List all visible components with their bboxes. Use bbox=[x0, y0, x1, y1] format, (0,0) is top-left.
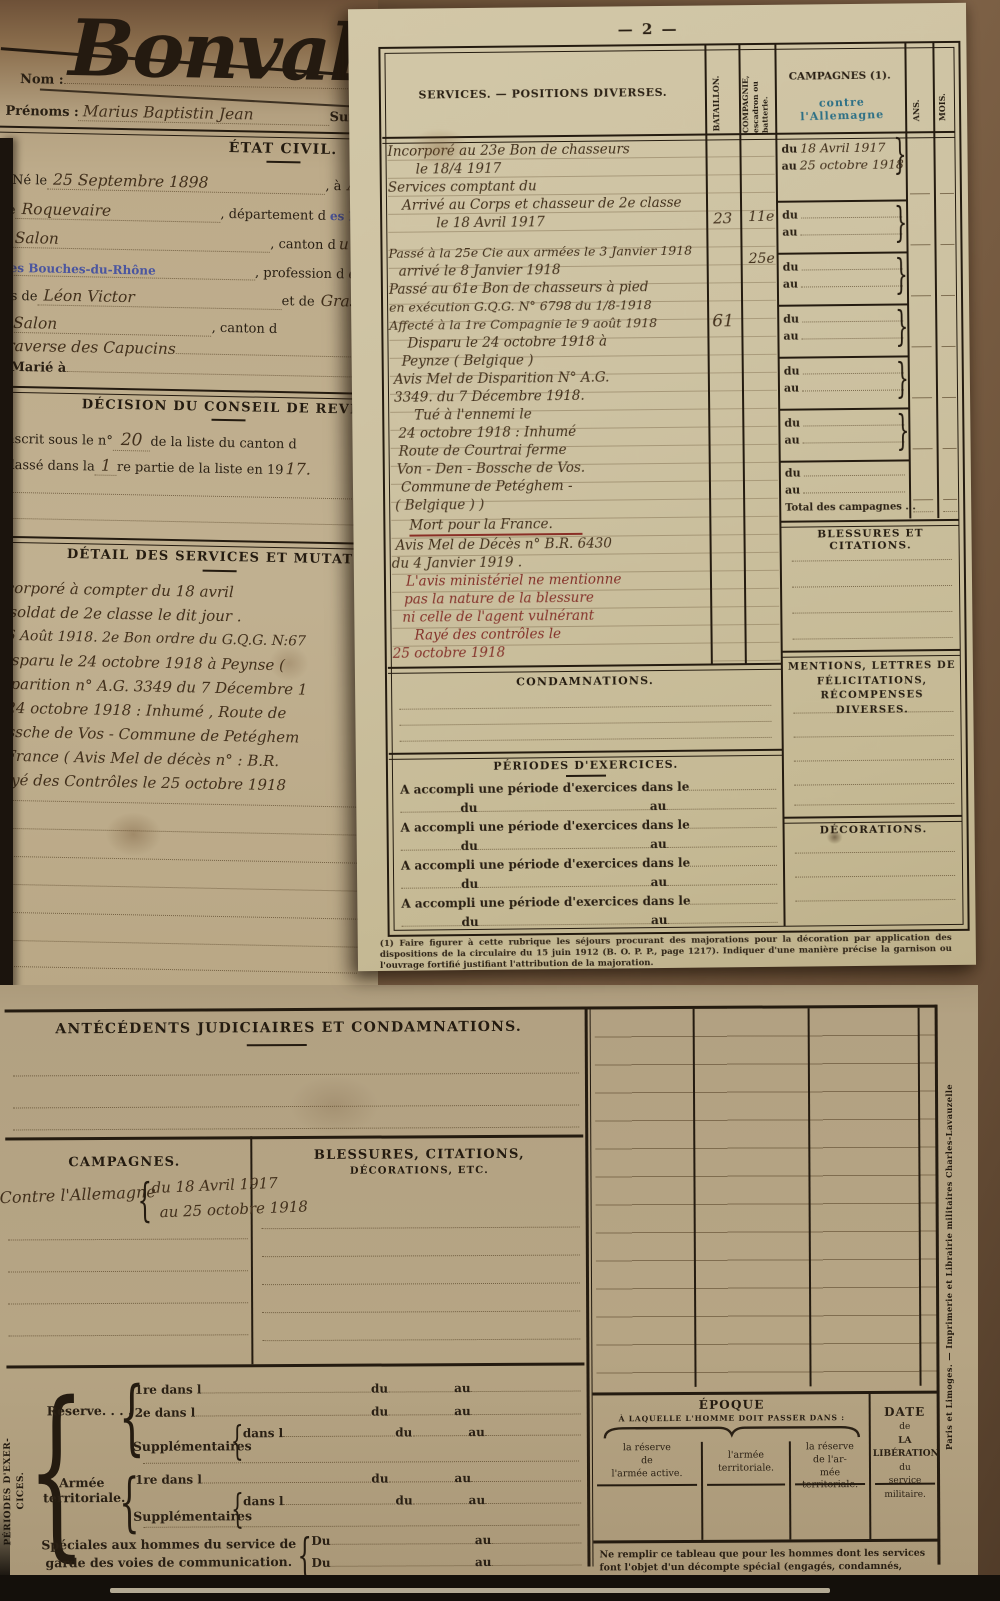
decision-conseil-title: DÉCISION DU CONSEIL DE REVIS bbox=[82, 397, 368, 417]
military-record-scan: Bonval Nom : Prénoms : Marius Baptistin … bbox=[0, 0, 1000, 1601]
canton-label: , canton d bbox=[270, 237, 336, 253]
mentions-l1: MENTIONS, LETTRES DE bbox=[783, 659, 961, 675]
dotted-line bbox=[331, 1565, 475, 1567]
dotted-line bbox=[667, 846, 777, 848]
dotted-line bbox=[8, 1270, 248, 1272]
mentions-l3: RÉCOMPENSES DIVERSES. bbox=[783, 688, 961, 719]
dotted-line bbox=[0, 856, 359, 864]
dotted-line bbox=[802, 337, 904, 339]
periode-row: A accompli une période d'exercices dans … bbox=[401, 855, 777, 897]
au-label: au bbox=[784, 434, 799, 447]
dotted-line bbox=[13, 1105, 579, 1109]
campagne-du-value: 18 Avril 1917 bbox=[800, 140, 885, 156]
ans-column-rules bbox=[909, 143, 933, 513]
service-entry: ( Belgique ) ) bbox=[395, 494, 709, 515]
epoque-col2-header: l'armée territoriale. bbox=[705, 1449, 787, 1475]
dotted-line bbox=[389, 1481, 455, 1482]
dotted-line bbox=[66, 371, 370, 378]
campagne-du-value: du 18 Avril 1917 bbox=[151, 1174, 278, 1197]
dotted-line bbox=[0, 828, 360, 836]
etat-civil-title: ÉTAT CIVIL. bbox=[229, 140, 338, 158]
dotted-line bbox=[668, 922, 778, 924]
periodes-vertical-label2: CICES. bbox=[16, 1429, 26, 1509]
dotted-line bbox=[262, 1227, 580, 1230]
inscription-number-value: 20 bbox=[113, 430, 151, 452]
periode-row: A accompli une période d'exercices dans … bbox=[400, 817, 776, 859]
speciales-label-l1: Spéciales aux hommes du service de bbox=[41, 1536, 296, 1552]
dotted-line bbox=[402, 925, 462, 927]
dotted-line bbox=[478, 847, 650, 850]
dotted-line bbox=[331, 1543, 475, 1545]
au-label: au bbox=[475, 1533, 492, 1547]
father-name-value: Léon Victor bbox=[37, 286, 281, 310]
reserve-2e-label: 2e dans l bbox=[135, 1406, 196, 1420]
service-entry: le 18 Avril 1917 bbox=[436, 212, 706, 233]
dotted-line bbox=[262, 1283, 580, 1286]
section-divider bbox=[0, 536, 369, 550]
prenoms-label: Prénoms : bbox=[5, 104, 79, 120]
mois-column-header: MOIS. bbox=[937, 65, 948, 121]
epoque-subtitle: À LAQUELLE L'HOMME DOIT PASSER DANS : bbox=[593, 1413, 871, 1423]
dotted-line bbox=[143, 1461, 579, 1464]
du-label: du bbox=[784, 417, 800, 430]
campagne-empty-pair: du au bbox=[783, 311, 903, 346]
dans-l-label: dans l bbox=[243, 1494, 283, 1508]
dotted-line bbox=[485, 1435, 581, 1437]
au-label: au bbox=[783, 278, 798, 291]
campagne-allemagne-value: Contre l'Allemagne bbox=[0, 1182, 156, 1207]
title-underline bbox=[247, 1044, 307, 1046]
dotted-line bbox=[803, 491, 905, 493]
dotted-line bbox=[803, 372, 904, 374]
epoque-col1-l2: de bbox=[597, 1455, 697, 1468]
antecedents-title: ANTÉCÉDENTS JUDICIAIRES ET CONDAMNATIONS… bbox=[0, 1019, 579, 1038]
dotted-line bbox=[284, 1503, 396, 1505]
column-divider bbox=[250, 1136, 253, 1364]
page-edge-sliver bbox=[110, 1588, 830, 1593]
contre-allemagne-stamp: contre l'Allemagne bbox=[779, 94, 906, 124]
dotted-line bbox=[0, 966, 357, 974]
dotted-line bbox=[0, 884, 359, 892]
au-label: au bbox=[650, 799, 667, 813]
campagne-au-value: 25 octobre 1918 bbox=[800, 156, 904, 172]
dotted-line bbox=[478, 885, 650, 888]
periode-row-label: A accompli une période d'exercices dans … bbox=[401, 894, 690, 911]
date-l2: de bbox=[873, 1421, 937, 1435]
binding-edge bbox=[0, 138, 13, 992]
pair-brace: } bbox=[896, 412, 909, 451]
periode-row-label: A accompli une période d'exercices dans … bbox=[400, 818, 689, 835]
title-underline bbox=[266, 161, 300, 164]
dotted-line bbox=[491, 1565, 581, 1566]
dotted-line bbox=[176, 353, 373, 358]
dotted-line bbox=[201, 1392, 371, 1394]
annee-value: 17. bbox=[283, 459, 311, 479]
dotted-line bbox=[479, 923, 651, 926]
dotted-line bbox=[202, 1482, 372, 1484]
campagne-first-entry: du18 Avril 1917 au25 octobre 1918 bbox=[781, 139, 901, 174]
mort-pour-la-france-entry: Mort pour la France. bbox=[409, 515, 583, 537]
dotted-line bbox=[691, 903, 778, 905]
birthdate-value: 25 Septembre 1898 bbox=[47, 171, 326, 195]
dotted-line bbox=[412, 1435, 468, 1436]
service-entry: Passé à la 25e Cie aux armées le 3 Janvi… bbox=[388, 242, 706, 263]
epoque-col3-l1: la réserve bbox=[793, 1441, 867, 1454]
bottom-spread: ANTÉCÉDENTS JUDICIAIRES ET CONDAMNATIONS… bbox=[0, 985, 978, 1575]
corner-shadow bbox=[0, 1500, 10, 1580]
dotted-line bbox=[0, 518, 366, 526]
dotted-line bbox=[802, 389, 904, 391]
epoque-col-divider bbox=[789, 1441, 792, 1539]
au-label: au bbox=[784, 382, 799, 395]
dotted-line bbox=[8, 1238, 248, 1240]
header-underline bbox=[795, 1483, 865, 1485]
address-value: Traverse des Capucins bbox=[0, 337, 176, 358]
dotted-line bbox=[801, 268, 902, 270]
date-l4: du bbox=[873, 1461, 937, 1475]
bottom-content: ANTÉCÉDENTS JUDICIAIRES ET CONDAMNATIONS… bbox=[0, 982, 980, 1577]
campagne-empty-pair: du au bbox=[784, 363, 904, 398]
date-l3: LA LIBÉRATION bbox=[873, 1434, 937, 1461]
blessures-citations-title: BLESSURES ET CITATIONS. bbox=[781, 527, 959, 553]
epoque-col1-header: la réserve de l'armée active. bbox=[597, 1442, 697, 1481]
du-label: du bbox=[371, 1472, 388, 1486]
au-label: au bbox=[783, 330, 798, 343]
dotted-line bbox=[0, 940, 357, 948]
services-entries: Incorporé au 23e Bon de chasseurs le 18/… bbox=[387, 140, 710, 663]
campagne-empty-pair: du au bbox=[785, 465, 905, 500]
header-underline bbox=[875, 1483, 935, 1485]
dotted-line bbox=[0, 800, 360, 808]
du-label: du bbox=[784, 365, 800, 378]
handwritten-brace: { bbox=[137, 1179, 152, 1223]
section-rule bbox=[6, 1363, 584, 1369]
dotted-line bbox=[8, 1334, 248, 1336]
dotted-line bbox=[388, 1391, 454, 1392]
blessures-bottom-title: BLESSURES, CITATIONS, bbox=[254, 1146, 584, 1163]
compagnie-column-header: COMPAGNIE, escadron ou batterie. bbox=[740, 53, 773, 133]
dotted-line bbox=[801, 285, 903, 287]
periode-row-label: A accompli une période d'exercices dans … bbox=[401, 856, 690, 873]
dotted-line bbox=[804, 474, 905, 476]
dotted-line bbox=[803, 441, 905, 443]
armee-1re-label: 1re dans l bbox=[135, 1473, 202, 1487]
dotted-line bbox=[485, 1503, 581, 1505]
bataillon-value-61: 61 bbox=[712, 311, 734, 331]
epoque-col1-l1: la réserve bbox=[597, 1442, 697, 1455]
au-label: au bbox=[454, 1404, 471, 1418]
epoque-top-rule bbox=[593, 1391, 939, 1395]
prenoms-value: Marius Baptistin Jean bbox=[79, 102, 330, 126]
bouches-du-rhone-stamp: es Bouches-du-Rhône bbox=[7, 261, 256, 281]
total-campagnes-label: Total des campagnes . . bbox=[785, 501, 916, 513]
periode-row-label: A accompli une période d'exercices dans … bbox=[400, 780, 689, 797]
pair-brace: } bbox=[893, 136, 906, 175]
du-label: du bbox=[783, 313, 799, 326]
epoque-col1-l3: l'armée active. bbox=[597, 1468, 697, 1481]
dotted-line bbox=[667, 884, 777, 886]
title-underline bbox=[211, 419, 245, 422]
dotted-line bbox=[400, 811, 460, 813]
liste-annee-label: re partie de la liste en 19 bbox=[117, 460, 284, 478]
printer-credit-vertical: Paris et Limoges. — Imprimerie et Librai… bbox=[944, 990, 954, 1450]
ne-le-label: Né le bbox=[12, 173, 47, 189]
departement-label: , département d bbox=[220, 207, 326, 224]
dotted-line bbox=[690, 865, 777, 867]
inscrit-label: Inscrit sous le n° bbox=[1, 432, 113, 449]
pair-brace: } bbox=[896, 360, 909, 399]
du-label: du bbox=[461, 915, 478, 929]
compagnie-value-25e: 25e bbox=[749, 251, 775, 267]
du-label: du bbox=[785, 467, 801, 480]
dotted-line bbox=[8, 1302, 248, 1304]
epoque-col3-l3: mée territoriale. bbox=[793, 1467, 867, 1493]
periode-row: A accompli une période d'exercices dans … bbox=[401, 893, 777, 935]
au-label: au bbox=[475, 1555, 492, 1569]
campagnes-column-header: CAMPAGNES (1). bbox=[777, 69, 903, 82]
ans-column-header: ANS. bbox=[911, 65, 922, 121]
du-label: du bbox=[371, 1405, 388, 1419]
classe-label: Classé dans la bbox=[0, 458, 94, 475]
armee-label: Armée bbox=[59, 1475, 104, 1490]
canton-label: , canton d bbox=[212, 321, 278, 337]
service-entry-red-ink: 25 octobre 1918 bbox=[393, 641, 711, 662]
dotted-line bbox=[0, 492, 366, 500]
du-label: du bbox=[395, 1425, 412, 1439]
dotted-line bbox=[262, 1339, 580, 1342]
dotted-line bbox=[195, 1415, 371, 1417]
a-label: , à bbox=[325, 179, 341, 194]
dotted-line bbox=[478, 809, 650, 812]
residence-value: Salon bbox=[7, 229, 271, 253]
pair-brace: } bbox=[895, 256, 908, 295]
page1-content: Bonval Nom : Prénoms : Marius Baptistin … bbox=[0, 0, 379, 999]
au-label: au bbox=[782, 160, 797, 173]
marie-a-label: Marié à bbox=[10, 360, 66, 376]
date-liberation-header: DATE de LA LIBÉRATION du service militai… bbox=[873, 1403, 938, 1502]
dotted-line bbox=[690, 827, 777, 829]
dotted-line bbox=[689, 789, 776, 791]
dotted-line bbox=[491, 1543, 581, 1544]
livret-page1: Bonval Nom : Prénoms : Marius Baptistin … bbox=[0, 0, 378, 992]
dans-l-label: dans l bbox=[243, 1426, 283, 1440]
livret-page2-overlay: — 2 — SERVICES. — POSITIONS DIVERSES. BA… bbox=[348, 3, 976, 971]
campagne-empty-pair: du au bbox=[783, 259, 903, 294]
dotted-line bbox=[13, 1127, 579, 1131]
du-label: du bbox=[395, 1493, 412, 1507]
dotted-line bbox=[13, 1073, 579, 1077]
du-label: du bbox=[781, 143, 797, 156]
canton-value: Roquevaire bbox=[15, 200, 220, 223]
speciales-brace: { bbox=[297, 1534, 312, 1578]
dotted-line bbox=[801, 216, 902, 218]
page-number: — 2 — bbox=[348, 17, 948, 41]
epoque-col2-l2: territoriale. bbox=[705, 1462, 787, 1475]
nom-label: Nom : bbox=[20, 72, 64, 88]
detail-services-handwritten: Incorporé à compter du 18 avril et solda… bbox=[0, 576, 368, 799]
epoque-bottom-rule bbox=[593, 1539, 939, 1543]
au-label: au bbox=[455, 1471, 472, 1485]
pair-brace: } bbox=[895, 308, 908, 347]
dotted-line bbox=[143, 1525, 579, 1528]
supp-brace: { bbox=[231, 1490, 244, 1528]
au-label: au bbox=[469, 1493, 486, 1507]
reserve-1re-label: 1re dans l bbox=[135, 1383, 202, 1397]
du-label: du bbox=[460, 801, 477, 815]
epoque-col-divider bbox=[701, 1442, 704, 1540]
blessures-bottom-subtitle: DÉCORATIONS, ETC. bbox=[254, 1164, 584, 1177]
du-label: du bbox=[782, 209, 798, 222]
section-divider bbox=[0, 126, 377, 140]
section-rule bbox=[5, 1135, 583, 1141]
domicile-value: Salon bbox=[5, 314, 212, 337]
campagne-empty-pair: du au bbox=[784, 415, 904, 450]
date-l5: service militaire. bbox=[873, 1475, 937, 1502]
date-l1: DATE bbox=[873, 1403, 937, 1421]
epoque-col3-l2: de l'ar- bbox=[793, 1454, 867, 1467]
title-underline bbox=[203, 570, 237, 573]
du-label: du bbox=[783, 261, 799, 274]
periode-row: A accompli une période d'exercices dans … bbox=[400, 779, 776, 821]
decorations-title: DÉCORATIONS. bbox=[785, 823, 963, 837]
pair-brace: } bbox=[894, 204, 907, 243]
dotted-line bbox=[0, 912, 358, 920]
dotted-line bbox=[666, 808, 776, 810]
service-entry: Arrivé au Corps et chasseur de 2e classe bbox=[402, 194, 706, 215]
mentions-title: MENTIONS, LETTRES DE FÉLICITATIONS, RÉCO… bbox=[783, 659, 962, 719]
au-label: au bbox=[651, 875, 668, 889]
date-column-divider bbox=[869, 1391, 872, 1539]
partie-number-value: 1 bbox=[95, 456, 118, 476]
dotted-line bbox=[401, 887, 461, 889]
dotted-line bbox=[401, 849, 461, 851]
liste-canton-label: de la liste du canton d bbox=[150, 435, 297, 453]
campagne-empty-pair: du au bbox=[782, 207, 902, 242]
speciales-label-l2: garde des voies de communication. bbox=[45, 1554, 292, 1570]
bataillon-column-header: BATAILLON. bbox=[711, 57, 722, 131]
paper-stain bbox=[105, 812, 162, 857]
Du-label: Du bbox=[311, 1534, 330, 1548]
au-label: au bbox=[782, 226, 797, 239]
epoque-col2-l1: l'armée bbox=[705, 1449, 787, 1462]
au-label: au bbox=[785, 484, 800, 497]
au-label: au bbox=[454, 1381, 471, 1395]
armee-territoriale-label: territoriale. bbox=[43, 1490, 125, 1505]
du-label: du bbox=[461, 877, 478, 891]
compagnie-value-11e: 11e bbox=[748, 209, 774, 225]
detail-services-title: DÉTAIL DES SERVICES ET MUTAT bbox=[67, 547, 354, 567]
section-divider bbox=[0, 386, 372, 400]
header-underline bbox=[707, 1483, 785, 1485]
gutter-rule-inner bbox=[590, 1006, 594, 1566]
dotted-line bbox=[471, 1391, 581, 1393]
dotted-line bbox=[388, 1414, 454, 1415]
header-underline bbox=[597, 1484, 697, 1487]
dotted-line bbox=[802, 320, 903, 322]
ruled-table-empty bbox=[595, 1008, 939, 1388]
au-label: au bbox=[650, 837, 667, 851]
au-label: au bbox=[468, 1425, 485, 1439]
dotted-line bbox=[283, 1435, 395, 1437]
du-label: du bbox=[461, 839, 478, 853]
du-label: du bbox=[371, 1382, 388, 1396]
supp-brace: { bbox=[231, 1422, 244, 1460]
dotted-line bbox=[262, 1311, 580, 1314]
bataillon-value-23: 23 bbox=[713, 209, 732, 227]
dotted-line bbox=[800, 233, 902, 235]
et-de-label: et de bbox=[281, 294, 314, 310]
dotted-line bbox=[803, 424, 904, 426]
au-label: au bbox=[651, 913, 668, 927]
footnote: (1) Faire figurer à cette rubrique les s… bbox=[380, 933, 952, 973]
campagne-au-value: au 25 octobre 1918 bbox=[159, 1197, 308, 1221]
dotted-line bbox=[471, 1481, 581, 1483]
dotted-line bbox=[413, 1503, 469, 1504]
dotted-line bbox=[471, 1414, 581, 1416]
Du-label: Du bbox=[311, 1556, 330, 1570]
profession-label: , profession d bbox=[255, 266, 345, 283]
dotted-line bbox=[262, 1255, 580, 1258]
epoque-title: ÉPOQUE bbox=[593, 1397, 871, 1412]
campagnes-bottom-title: CAMPAGNES. bbox=[0, 1154, 249, 1170]
dotted-line bbox=[64, 83, 370, 90]
